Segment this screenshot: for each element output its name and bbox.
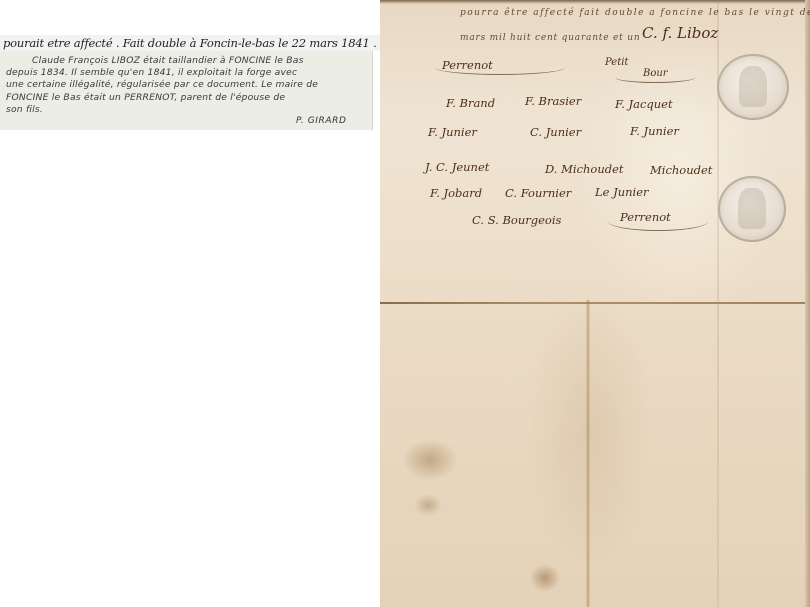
annotation-text: Claude François LIBOZ était taillandier … bbox=[6, 55, 366, 116]
embossed-seal-icon bbox=[718, 176, 786, 242]
signature: C. Junier bbox=[530, 125, 581, 139]
signature: Le Junier bbox=[595, 185, 649, 199]
caption-text: pourait etre affecté . Fait double à Fon… bbox=[3, 36, 377, 50]
seal-figure bbox=[738, 188, 765, 229]
paper-edge-right bbox=[805, 0, 810, 607]
signature: Petit bbox=[605, 57, 628, 68]
signature: F. Brand bbox=[446, 96, 495, 110]
note-line: FONCINE le Bas était un PERRENOT, parent… bbox=[6, 92, 366, 104]
flourish bbox=[608, 212, 708, 231]
signature: J. C. Jeunet bbox=[425, 160, 489, 174]
note-line: son fils. bbox=[6, 104, 366, 116]
signature: D. Michoudet bbox=[545, 162, 624, 176]
signature: C. S. Bourgeois bbox=[472, 213, 561, 227]
signature: F. Junier bbox=[428, 125, 477, 139]
signature: C. f. Liboz bbox=[642, 24, 718, 42]
horizontal-fold bbox=[380, 302, 810, 304]
note-line: depuis 1834. Il semble qu'en 1841, il ex… bbox=[6, 67, 366, 79]
flourish bbox=[615, 72, 695, 83]
paper-edge bbox=[380, 0, 810, 4]
seal-figure bbox=[739, 66, 768, 107]
note-line: Claude François LIBOZ était taillandier … bbox=[6, 55, 366, 67]
document-line: mars mil huit cent quarante et un bbox=[460, 33, 640, 43]
note-signature: P. GIRARD bbox=[296, 116, 347, 126]
signature: F. Jobard bbox=[430, 186, 482, 200]
signature: Michoudet bbox=[650, 163, 712, 177]
document-line: pourra être affecté fait double a foncin… bbox=[460, 8, 810, 18]
signature: F. Jacquet bbox=[615, 97, 673, 111]
signature: F. Junier bbox=[630, 124, 679, 138]
note-line: une certaine illégalité, régularisée par… bbox=[6, 79, 366, 91]
flourish bbox=[435, 60, 565, 75]
scanned-document: pourra être affecté fait double a foncin… bbox=[380, 0, 810, 607]
signature: C. Fournier bbox=[505, 186, 571, 200]
embossed-seal-icon bbox=[717, 54, 789, 120]
signature: F. Brasier bbox=[525, 94, 581, 108]
vertical-fold bbox=[586, 300, 590, 607]
